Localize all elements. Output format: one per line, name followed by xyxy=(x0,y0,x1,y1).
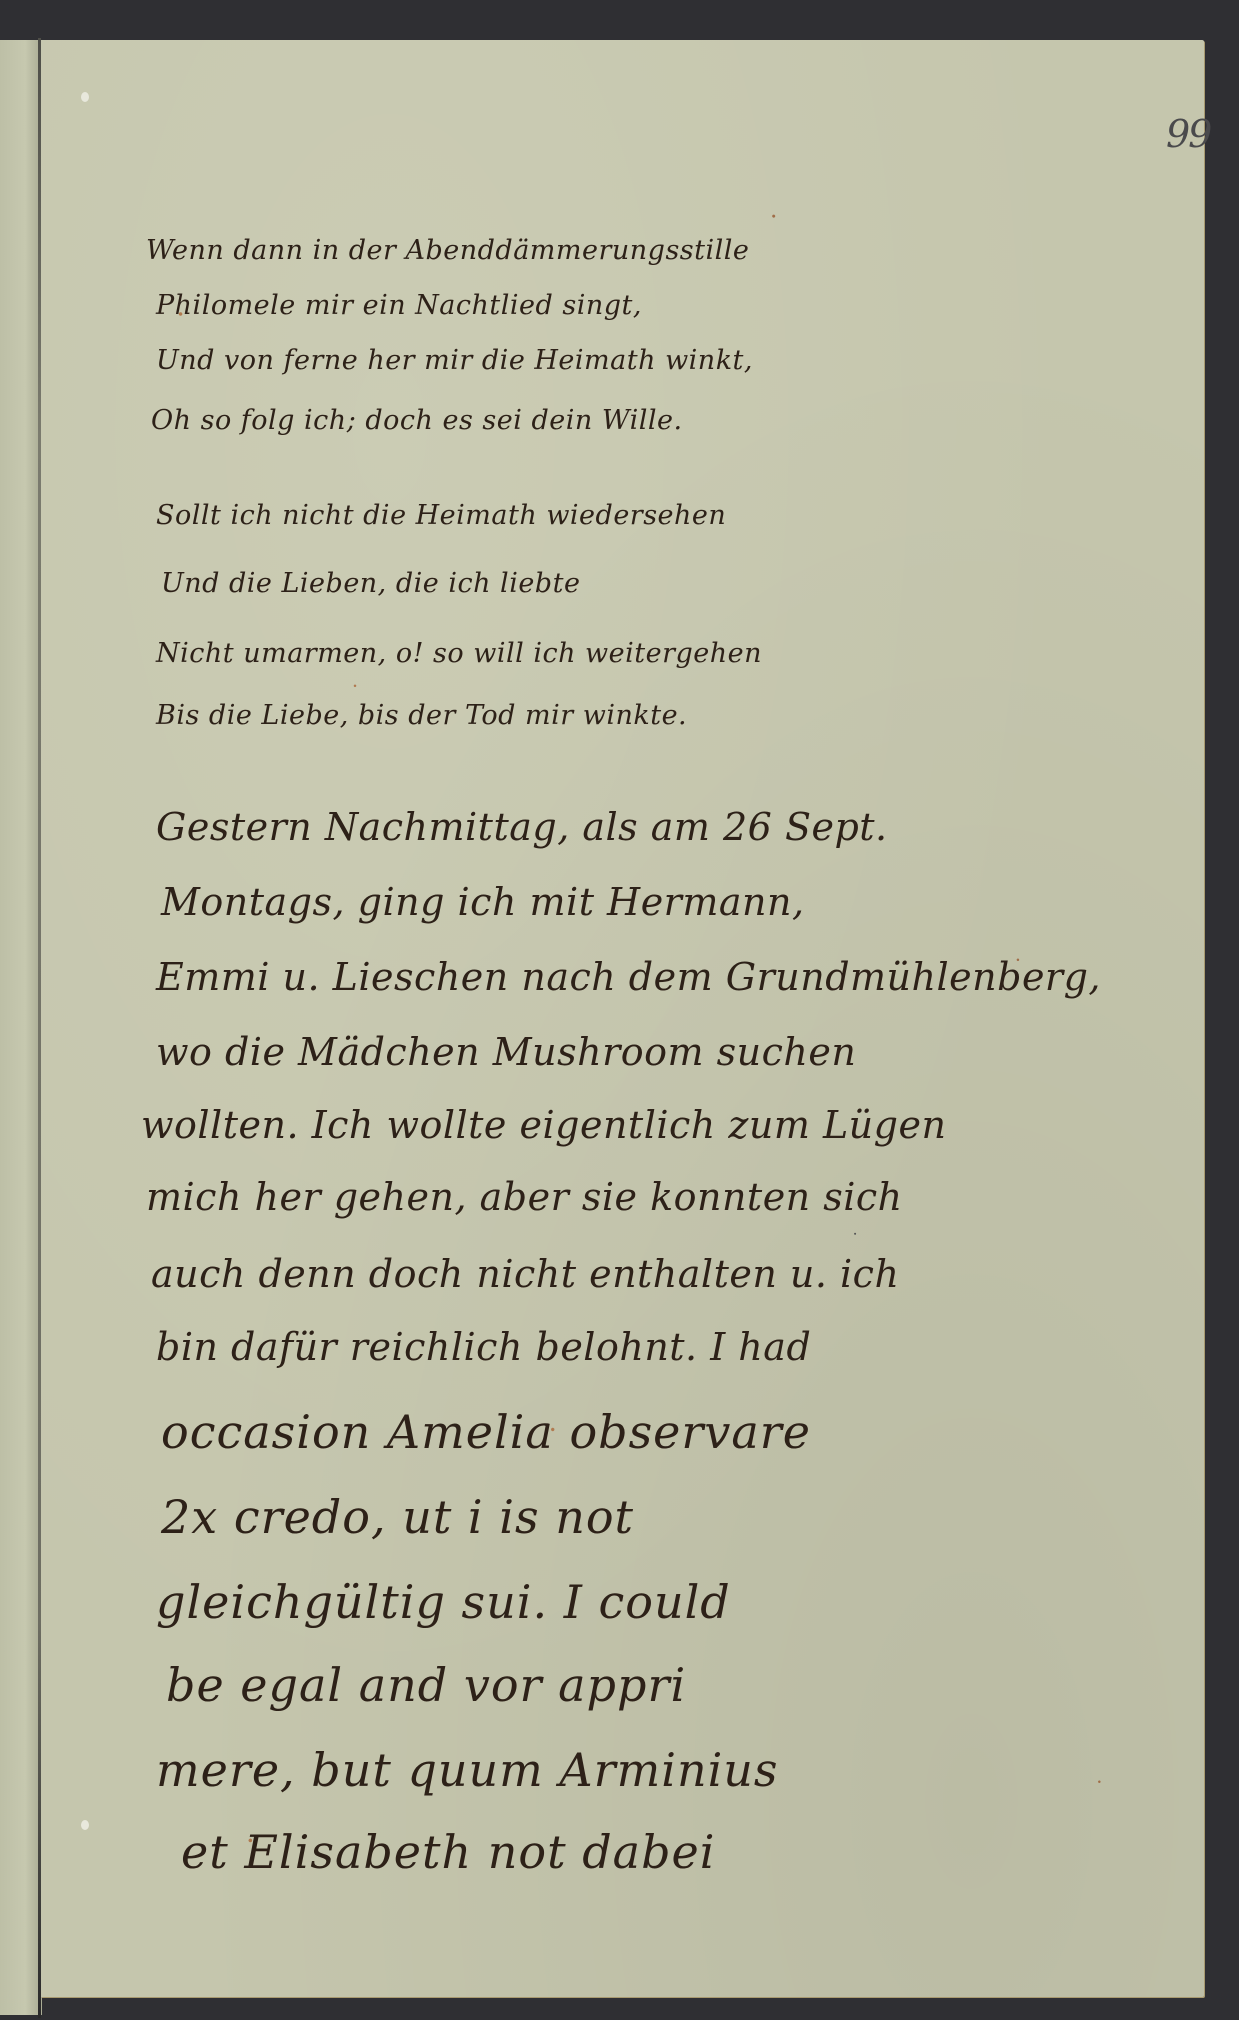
prose-line: auch denn doch nicht enthalten u. ich xyxy=(151,1252,899,1296)
prose-line: mere, but quum Arminius xyxy=(156,1743,779,1797)
prose-line: Montags, ging ich mit Hermann, xyxy=(161,880,805,924)
binding-hole xyxy=(81,1820,89,1830)
poem-line: Sollt ich nicht die Heimath wiedersehen xyxy=(156,500,726,531)
prose-line: occasion Amelia observare xyxy=(161,1405,811,1459)
prose-line: 2x credo, ut i is not xyxy=(161,1490,634,1544)
prose-line: wollten. Ich wollte eigentlich zum Lügen xyxy=(141,1103,946,1147)
poem-line: Nicht umarmen, o! so will ich weitergehe… xyxy=(156,638,762,669)
poem-line: Wenn dann in der Abenddämmerungsstille xyxy=(146,235,749,266)
prose-line: bin dafür reichlich belohnt. I had xyxy=(156,1325,811,1369)
manuscript-page: 99 Wenn dann in der Abenddämmerungsstill… xyxy=(41,40,1204,1997)
prose-line: et Elisabeth not dabei xyxy=(181,1825,715,1879)
poem-line: Philomele mir ein Nachtlied singt, xyxy=(156,290,642,321)
prose-line: mich her gehen, aber sie konnten sich xyxy=(146,1175,903,1219)
poem-line: Oh so folg ich; doch es sei dein Wille. xyxy=(151,405,683,436)
prose-line: Emmi u. Lieschen nach dem Grundmühlenber… xyxy=(156,955,1101,999)
prose-line: wo die Mädchen Mushroom suchen xyxy=(156,1030,856,1074)
prose-line: gleichgültig sui. I could xyxy=(156,1575,731,1629)
manuscript-scan: 99 Wenn dann in der Abenddämmerungsstill… xyxy=(0,0,1239,2020)
previous-page-edge xyxy=(0,40,42,2015)
binding-hole xyxy=(81,92,89,102)
poem-line: Und von ferne her mir die Heimath winkt, xyxy=(156,345,753,376)
prose-line: be egal and vor appri xyxy=(166,1658,686,1712)
poem-line: Bis die Liebe, bis der Tod mir winkte. xyxy=(156,700,687,731)
poem-line: Und die Lieben, die ich liebte xyxy=(161,568,580,599)
prose-line: Gestern Nachmittag, als am 26 Sept. xyxy=(156,805,888,849)
folio-number: 99 xyxy=(1166,112,1210,156)
